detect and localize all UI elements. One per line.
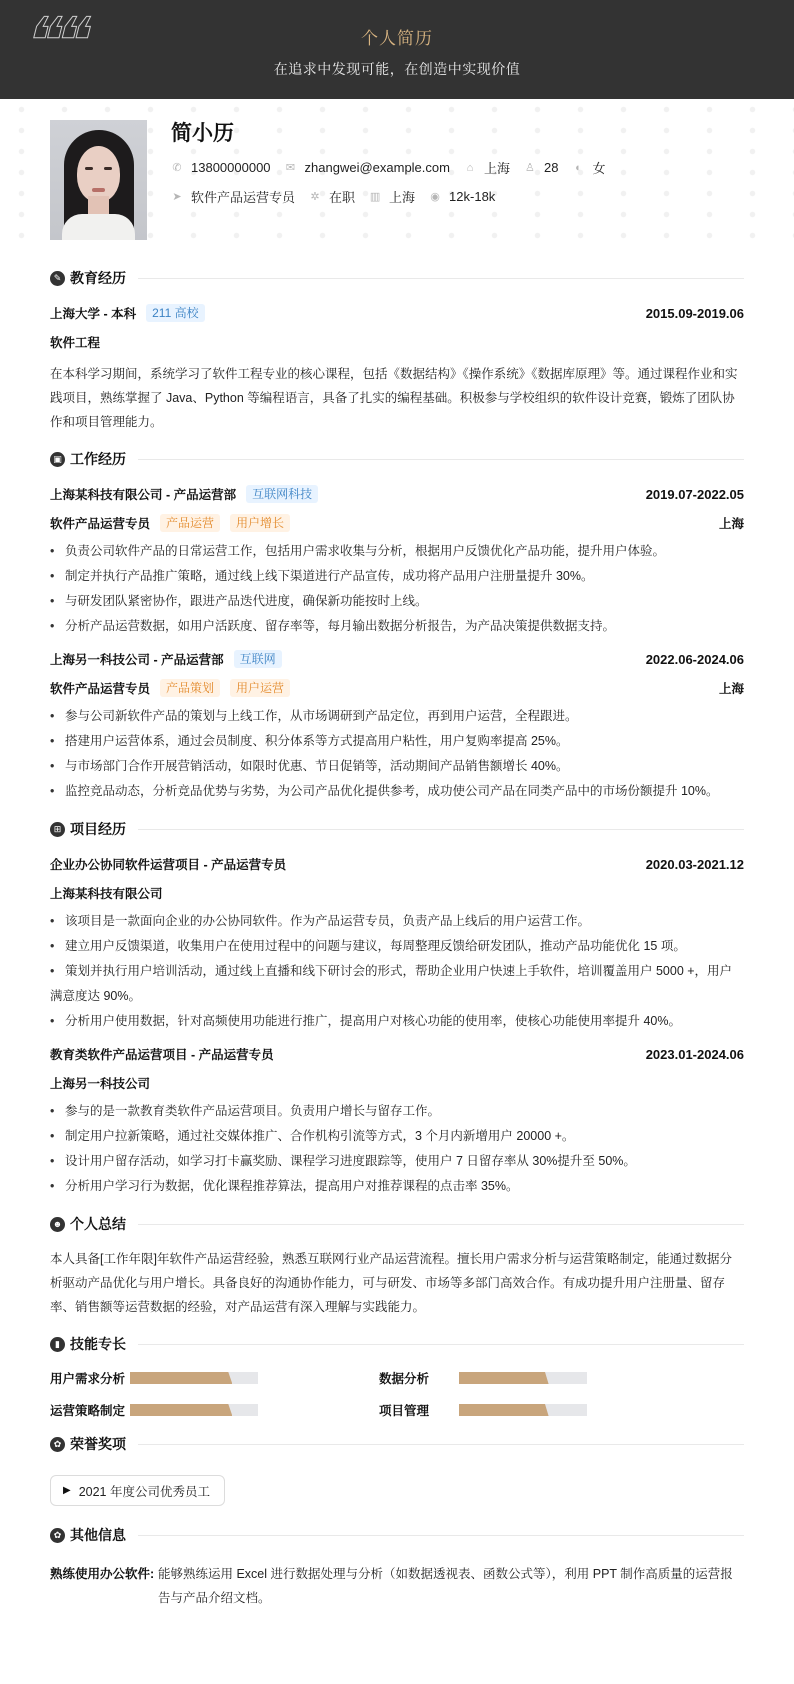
project-date: 2023.01-2024.06: [646, 1047, 744, 1062]
home-icon: ⌂: [464, 162, 476, 174]
skills-grid: 用户需求分析 数据分析 运营策略制定 项目管理: [50, 1369, 744, 1419]
list-item: 负责公司软件产品的日常运营工作，包括用户需求收集与分析，根据用户反馈优化产品功能…: [50, 539, 744, 564]
divider: [138, 459, 744, 460]
section-title: 其他信息: [70, 1525, 126, 1545]
list-item: 制定用户拉新策略，通过社交媒体推广、合作机构引流等方式，3 个月内新增用户 20…: [50, 1124, 744, 1149]
list-item: 该项目是一款面向企业的办公协同软件。作为产品运营专员，负责产品上线后的用户运营工…: [50, 909, 744, 934]
status-icon: ✲: [309, 191, 321, 203]
profile-header: 简小历 ✆13800000000 ✉zhangwei@example.com ⌂…: [50, 99, 744, 240]
company-name: 上海某科技有限公司 - 产品运营部: [50, 485, 236, 503]
work-date: 2022.06-2024.06: [646, 652, 744, 667]
section-title: 个人总结: [70, 1214, 126, 1234]
skill-item: 项目管理: [379, 1401, 744, 1419]
skill-item: 用户需求分析: [50, 1369, 379, 1387]
education-section: ✎ 教育经历 上海大学 - 本科 211 高校 2015.09-2019.06 …: [50, 267, 744, 434]
project-entry: 教育类软件产品运营项目 - 产品运营专员 2023.01-2024.06 上海另…: [50, 1044, 744, 1199]
mail-icon: ✉: [285, 162, 297, 174]
summary-text: 本人具备[工作年限]年软件产品运营经验，熟悉互联网行业产品运营流程。擅长用户需求…: [50, 1247, 744, 1319]
graduation-cap-icon: ✎: [50, 271, 65, 286]
honors-section: ✿ 荣誉奖项 ▶ 2021 年度公司优秀员工: [50, 1433, 744, 1506]
work-location: 上海: [719, 679, 744, 697]
phone: ✆13800000000: [171, 160, 271, 175]
work-bullets: 负责公司软件产品的日常运营工作，包括用户需求收集与分析，根据用户反馈优化产品功能…: [50, 539, 744, 639]
summary-section: ☻ 个人总结 本人具备[工作年限]年软件产品运营经验，熟悉互联网行业产品运营流程…: [50, 1213, 744, 1319]
target-position: ➤软件产品运营专员: [171, 187, 295, 206]
skill-item: 数据分析: [379, 1369, 744, 1387]
section-title: 技能专长: [70, 1334, 126, 1354]
hometown: ⌂上海: [464, 158, 510, 177]
job-icon: ➤: [171, 191, 183, 203]
projects-section: ⊞ 项目经历 企业办公协同软件运营项目 - 产品运营专员 2020.03-202…: [50, 818, 744, 1199]
candidate-name: 简小历: [171, 120, 619, 148]
project-date: 2020.03-2021.12: [646, 857, 744, 872]
job-intent-row: ➤软件产品运营专员 ✲在职 ▥上海 ◉12k-18k: [171, 187, 619, 206]
email[interactable]: ✉zhangwei@example.com: [285, 160, 450, 175]
target-city: ▥上海: [369, 187, 415, 206]
job-status: ✲在职: [309, 187, 355, 206]
other-value: 能够熟练运用 Excel 进行数据处理与分析（如数据透视表、函数公式等），利用 …: [158, 1562, 744, 1610]
section-title: 教育经历: [70, 268, 126, 288]
other-section: ✿ 其他信息 熟练使用办公软件: 能够熟练运用 Excel 进行数据处理与分析（…: [50, 1524, 744, 1610]
honor-badge: ▶ 2021 年度公司优秀员工: [50, 1475, 225, 1506]
major: 软件工程: [50, 333, 100, 351]
divider: [138, 278, 744, 279]
expected-salary: ◉12k-18k: [429, 189, 495, 204]
education-description: 在本科学习期间，系统学习了软件工程专业的核心课程，包括《数据结构》《操作系统》《…: [50, 362, 744, 434]
list-item: 搭建用户运营体系，通过会员制度、积分体系等方式提高用户粘性，用户复购率提高 25…: [50, 729, 744, 754]
education-date: 2015.09-2019.06: [646, 306, 744, 321]
section-title: 荣誉奖项: [70, 1434, 126, 1454]
work-location: 上海: [719, 514, 744, 532]
industry-tag: 互联网科技: [246, 485, 318, 503]
education-entry: 上海大学 - 本科 211 高校 2015.09-2019.06 软件工程 在本…: [50, 303, 744, 434]
salary-icon: ◉: [429, 191, 441, 203]
project-bullets: 参与的是一款教育类软件产品运营项目。负责用户增长与留存工作。 制定用户拉新策略，…: [50, 1099, 744, 1199]
industry-tag: 互联网: [234, 650, 282, 668]
work-entry: 上海某科技有限公司 - 产品运营部 互联网科技 2019.07-2022.05 …: [50, 484, 744, 639]
project-bullets: 该项目是一款面向企业的办公协同软件。作为产品运营专员，负责产品上线后的用户运营工…: [50, 909, 744, 1034]
project-entry: 企业办公协同软件运营项目 - 产品运营专员 2020.03-2021.12 上海…: [50, 854, 744, 1034]
skill-tag: 产品运营: [160, 514, 220, 532]
project-name: 教育类软件产品运营项目 - 产品运营专员: [50, 1045, 274, 1063]
grid-icon: ⊞: [50, 822, 65, 837]
gender-icon: ◐: [572, 162, 584, 174]
resume-subtitle: 在追求中发现可能，在创造中实现价值: [0, 59, 794, 79]
divider: [138, 1344, 744, 1345]
section-title: 项目经历: [70, 819, 126, 839]
project-name: 企业办公协同软件运营项目 - 产品运营专员: [50, 855, 286, 873]
project-company: 上海某科技有限公司: [50, 884, 163, 902]
list-item: 策划并执行用户培训活动，通过线上直播和线下研讨会的形式，帮助企业用户快速上手软件…: [50, 959, 744, 1009]
skill-bar: [459, 1372, 587, 1384]
list-item: 参与公司新软件产品的策划与上线工作，从市场调研到产品定位，再到用户运营，全程跟进…: [50, 704, 744, 729]
resume-title: 个人简历: [0, 0, 794, 49]
list-item: 建立用户反馈渠道，收集用户在使用过程中的问题与建议，每周整理反馈给研发团队，推动…: [50, 934, 744, 959]
award-icon: ✿: [50, 1437, 65, 1452]
list-item: 与研发团队紧密协作，跟进产品迭代进度，确保新功能按时上线。: [50, 589, 744, 614]
avatar-photo: [50, 120, 147, 240]
school-name: 上海大学 - 本科: [50, 304, 136, 322]
list-item: 分析产品运营数据，如用户活跃度、留存率等，每月输出数据分析报告，为产品决策提供数…: [50, 614, 744, 639]
other-item: 熟练使用办公软件: 能够熟练运用 Excel 进行数据处理与分析（如数据透视表、…: [50, 1562, 744, 1610]
divider: [138, 1444, 744, 1445]
skill-bar: [130, 1404, 258, 1416]
other-label: 熟练使用办公软件:: [50, 1562, 158, 1610]
bar-chart-icon: ▮: [50, 1337, 65, 1352]
skill-tag: 产品策划: [160, 679, 220, 697]
divider: [138, 1535, 744, 1536]
city-icon: ▥: [369, 191, 381, 203]
work-entry: 上海另一科技公司 - 产品运营部 互联网 2022.06-2024.06 软件产…: [50, 649, 744, 804]
list-item: 制定并执行产品推广策略，通过线上线下渠道进行产品宣传，成功将产品用户注册量提升 …: [50, 564, 744, 589]
profile-info: 简小历 ✆13800000000 ✉zhangwei@example.com ⌂…: [171, 120, 619, 240]
skill-bar: [459, 1404, 587, 1416]
skill-item: 运营策略制定: [50, 1401, 379, 1419]
list-item: 监控竞品动态，分析竞品优势与劣势，为公司产品优化提供参考，成功使公司产品在同类产…: [50, 779, 744, 804]
list-item: 参与的是一款教育类软件产品运营项目。负责用户增长与留存工作。: [50, 1099, 744, 1124]
project-company: 上海另一科技公司: [50, 1074, 150, 1092]
header-banner: ❝❝ 个人简历 在追求中发现可能，在创造中实现价值: [0, 0, 794, 99]
briefcase-icon: ▣: [50, 452, 65, 467]
company-name: 上海另一科技公司 - 产品运营部: [50, 650, 224, 668]
school-tag: 211 高校: [146, 304, 204, 322]
list-item: 设计用户留存活动，如学习打卡赢奖励、课程学习进度跟踪等，使用户 7 日留存率从 …: [50, 1149, 744, 1174]
position: 软件产品运营专员: [50, 514, 150, 532]
resume-page: 简小历 ✆13800000000 ✉zhangwei@example.com ⌂…: [0, 99, 794, 1650]
list-item: 分析用户学习行为数据，优化课程推荐算法，提高用户对推荐课程的点击率 35%。: [50, 1174, 744, 1199]
position: 软件产品运营专员: [50, 679, 150, 697]
gender: ◐女: [572, 158, 605, 177]
phone-icon: ✆: [171, 162, 183, 174]
divider: [138, 1224, 744, 1225]
work-bullets: 参与公司新软件产品的策划与上线工作，从市场调研到产品定位，再到用户运营，全程跟进…: [50, 704, 744, 804]
skill-tag: 用户增长: [230, 514, 290, 532]
info-icon: ✿: [50, 1528, 65, 1543]
user-icon: ☻: [50, 1217, 65, 1232]
divider: [138, 829, 744, 830]
contact-row: ✆13800000000 ✉zhangwei@example.com ⌂上海 ♙…: [171, 158, 619, 177]
skill-tag: 用户运营: [230, 679, 290, 697]
age-icon: ♙: [524, 162, 536, 174]
quote-icon: ❝❝: [22, 10, 79, 74]
play-triangle-icon: ▶: [63, 1485, 71, 1496]
skills-section: ▮ 技能专长 用户需求分析 数据分析 运营策略制定 项目管理: [50, 1333, 744, 1419]
age: ♙28: [524, 160, 558, 175]
work-section: ▣ 工作经历 上海某科技有限公司 - 产品运营部 互联网科技 2019.07-2…: [50, 448, 744, 804]
skill-bar: [130, 1372, 258, 1384]
list-item: 与市场部门合作开展营销活动，如限时优惠、节日促销等，活动期间产品销售额增长 40…: [50, 754, 744, 779]
work-date: 2019.07-2022.05: [646, 487, 744, 502]
list-item: 分析用户使用数据，针对高频使用功能进行推广，提高用户对核心功能的使用率，使核心功…: [50, 1009, 744, 1034]
section-title: 工作经历: [70, 449, 126, 469]
